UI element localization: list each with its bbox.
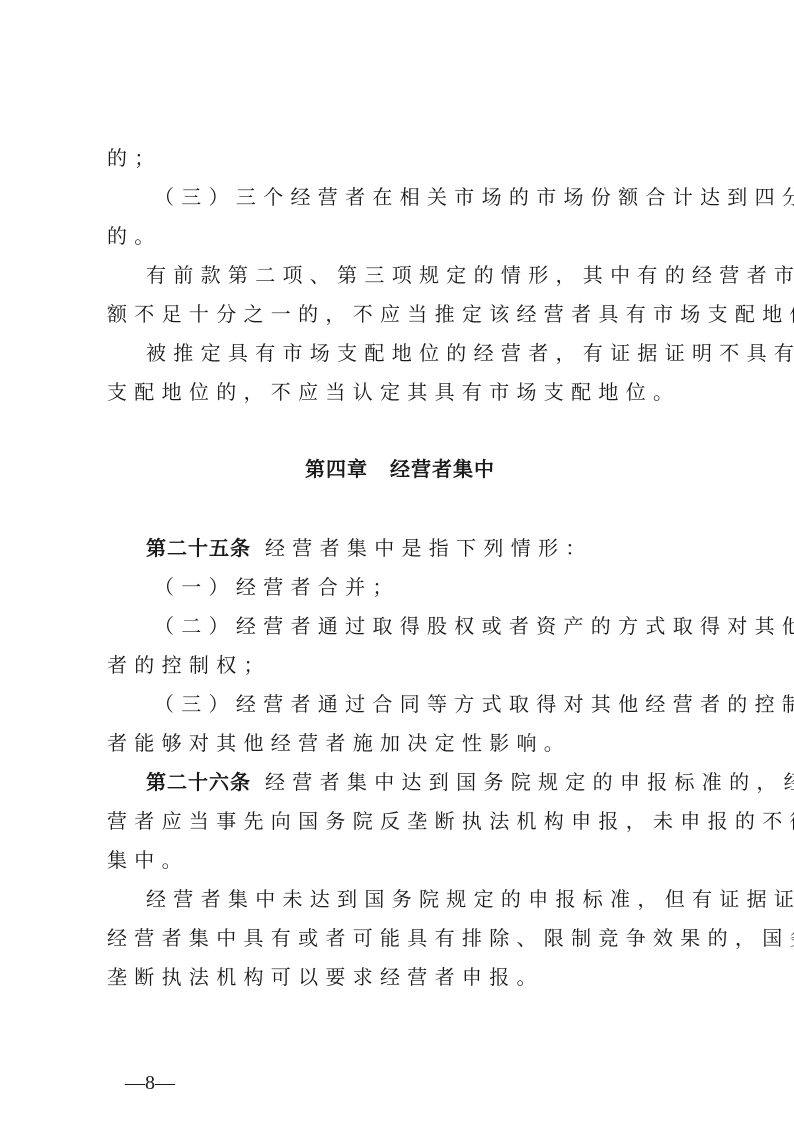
article-25-item-2-line-2: 者的控制权； [107, 653, 271, 677]
article-26-line-1-text: 经营者集中达到国务院规定的申报标准的，经 [265, 770, 794, 794]
article-25-intro-text: 经营者集中是指下列情形： [265, 536, 593, 560]
chapter-heading: 第四章经营者集中 [107, 457, 693, 481]
article-25-item-3-line-2: 者能够对其他经营者施加决定性影响。 [107, 731, 571, 755]
article-25-label: 第二十五条 [146, 536, 251, 560]
article-26-para-2-line-3: 垄断执法机构可以要求经营者申报。 [107, 965, 544, 989]
rebuttal-paragraph-line-1: 被推定具有市场支配地位的经营者，有证据证明不具有市场 [146, 341, 794, 365]
page-number: —8— [125, 1072, 175, 1095]
article-26-para-2-line-1: 经营者集中未达到国务院规定的申报标准，但有证据证明该 [146, 887, 794, 911]
rebuttal-paragraph-line-2: 支配地位的，不应当认定其具有市场支配地位。 [107, 380, 680, 404]
article-26-line-2: 营者应当事先向国务院反垄断执法机构申报，未申报的不得实施 [107, 809, 794, 833]
article-26-line-1: 第二十六条经营者集中达到国务院规定的申报标准的，经 [146, 770, 794, 794]
article-26-line-3: 集中。 [107, 848, 189, 872]
chapter-number: 第四章 [305, 457, 368, 481]
exception-paragraph-line-1: 有前款第二项、第三项规定的情形，其中有的经营者市场份 [146, 263, 794, 287]
article-26-label: 第二十六条 [146, 770, 251, 794]
item-3-line-1: （三）三个经营者在相关市场的市场份额合计达到四分之三 [154, 185, 794, 209]
article-25-item-1: （一）经营者合并； [154, 575, 400, 599]
chapter-title: 经营者集中 [390, 457, 495, 481]
continued-line: 的； [107, 146, 162, 170]
article-25-item-2-line-1: （二）经营者通过取得股权或者资产的方式取得对其他经营 [154, 614, 794, 638]
article-25-intro: 第二十五条经营者集中是指下列情形： [146, 536, 593, 560]
item-3-line-2: 的。 [107, 224, 162, 248]
exception-paragraph-line-2: 额不足十分之一的，不应当推定该经营者具有市场支配地位。 [107, 302, 794, 326]
article-25-item-3-line-1: （三）经营者通过合同等方式取得对其他经营者的控制权或 [154, 692, 794, 716]
article-26-para-2-line-2: 经营者集中具有或者可能具有排除、限制竞争效果的，国务院反 [107, 926, 794, 950]
